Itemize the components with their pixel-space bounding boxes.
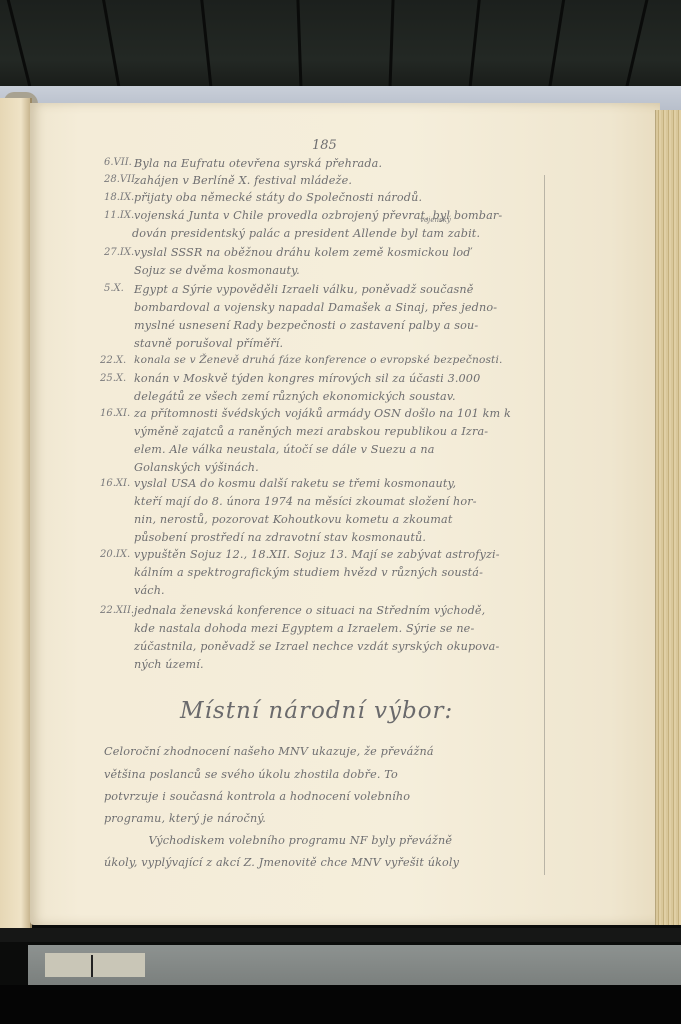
section-text: Východiskem volebního programu NF byly p…: [104, 833, 452, 848]
page-number: 185: [312, 138, 337, 153]
entry-text: za přítomnosti švédských vojáků armády O…: [134, 406, 511, 421]
entry-text: nin, nerostů, pozorovat Kohoutkovu komet…: [134, 512, 453, 527]
section-text: programu, který je náročný.: [104, 811, 266, 826]
entry-date: 5.X.: [104, 283, 124, 294]
entry-date: 18.IX.: [104, 192, 134, 203]
section-text: většina poslanců se svého úkolu zhostila…: [104, 767, 398, 782]
entry-text: ných území.: [134, 657, 204, 672]
entry-text: dován presidentský palác a president All…: [132, 226, 480, 241]
entry-text: vyslal USA do kosmu další raketu se třem…: [134, 476, 456, 491]
ceiling-background: [0, 0, 681, 86]
entry-text: Egypt a Sýrie vypověděli Izraeli válku, …: [134, 282, 474, 297]
entry-text: delegátů ze všech zemí různých ekonomick…: [134, 389, 456, 404]
entry-text: vách.: [134, 583, 165, 598]
left-page-edge: [0, 98, 32, 928]
entry-date: 27.IX.: [104, 247, 134, 258]
scanner-frame: [0, 928, 681, 942]
entry-text: Golanských výšinách.: [134, 460, 259, 475]
correction-note: vojenský: [420, 216, 451, 224]
entry-text: Byla na Eufratu otevřena syrská přehrada…: [134, 156, 382, 171]
entry-text: kde nastala dohoda mezi Egyptem a Izrael…: [134, 621, 474, 636]
scanner-window: [45, 953, 145, 977]
scanner-marker: [91, 955, 93, 977]
section-heading: Místní národní výbor:: [180, 698, 453, 724]
entry-date: 22.XII.: [100, 605, 134, 616]
entry-text: kálním a spektrografickým studiem hvězd …: [134, 565, 483, 580]
section-text: úkoly, vyplývající z akcí Z. Jmenovitě c…: [104, 855, 459, 870]
entry-text: elem. Ale válka neustala, útočí se dále …: [134, 442, 435, 457]
entry-text: myslné usnesení Rady bezpečnosti o zasta…: [134, 318, 478, 333]
entry-text: přijaty oba německé státy do Společnosti…: [134, 190, 422, 205]
entry-date: 16.XI.: [100, 408, 130, 419]
entry-text: bombardoval a vojensky napadal Damašek a…: [134, 300, 497, 315]
entry-text: zahájen v Berlíně X. festival mládeže.: [134, 173, 352, 188]
entry-date: 22.X.: [100, 355, 126, 366]
entry-text: zúčastnila, poněvadž se Izrael nechce vz…: [134, 639, 499, 654]
margin-rule: [544, 175, 545, 875]
entry-text: vypuštěn Sojuz 12., 18.XII. Sojuz 13. Ma…: [134, 547, 500, 562]
floor-background: [0, 985, 681, 1024]
entry-text: Sojuz se dvěma kosmonauty.: [134, 263, 300, 278]
page-block-edges: [655, 110, 681, 925]
entry-text: vyslal SSSR na oběžnou dráhu kolem země …: [134, 245, 471, 260]
entry-text: výměně zajatců a raněných mezi arabskou …: [134, 424, 488, 439]
entry-text: stavně porušoval příměří.: [134, 336, 283, 351]
entry-text: kteří mají do 8. února 1974 na měsíci zk…: [134, 494, 477, 509]
entry-text: působení prostředí na zdravotní stav kos…: [134, 530, 426, 545]
section-text: potvrzuje i současná kontrola a hodnocen…: [104, 789, 410, 804]
entry-date: 20.IX.: [100, 549, 130, 560]
entry-date: 25.X.: [100, 373, 126, 384]
entry-text: konala se v Ženevě druhá fáze konference…: [134, 353, 503, 368]
section-text: Celoroční zhodnocení našeho MNV ukazuje,…: [104, 744, 434, 759]
entry-date: 6.VII.: [104, 157, 132, 168]
entry-date: 16.XI.: [100, 478, 130, 489]
entry-date: 11.IX.: [104, 210, 134, 221]
entry-text: jednala ženevská konference o situaci na…: [134, 603, 485, 618]
entry-text: konán v Moskvě týden kongres mírových si…: [134, 371, 480, 386]
